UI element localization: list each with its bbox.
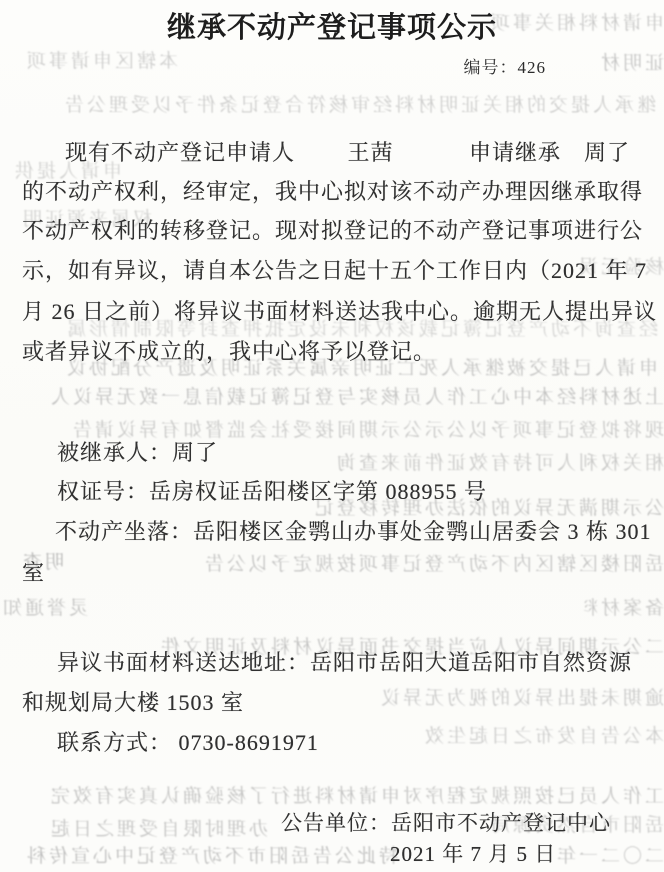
body-line-6: 或者异议不成立的，我中心将予以登记。: [22, 335, 436, 366]
document-title: 继承不动产登记事项公示: [0, 5, 664, 46]
document-number: 编号：426: [464, 53, 547, 78]
issue-date-line: 2021 年 7 月 5 日: [390, 838, 556, 868]
property-location-line: 不动产坐落：岳阳楼区金鹗山办事处金鹗山居委会 3 栋 301: [55, 515, 652, 546]
body-line-4: 示，如有异议，请自本公告之日起十五个工作日内（2021 年 7: [22, 254, 647, 285]
contact-phone-line: 联系方式： 0730-8691971: [57, 726, 319, 757]
property-location-wrap-line: 室: [22, 556, 45, 587]
certificate-number-line: 权证号：岳房权证岳阳楼区字第 088955 号: [57, 475, 487, 506]
objection-address-wrap-line: 和规划局大楼 1503 室: [22, 686, 244, 717]
decedent-line: 被继承人：周了: [57, 436, 218, 467]
body-line-3: 不动产权利的转移登记。现对拟登记的不动产登记事项进行公: [22, 214, 643, 245]
notice-document: 申请材料相关事项 本辖区申请事项 证明材 继承人提交的相关证明材料经审核符合登记…: [0, 0, 664, 872]
objection-address-line: 异议书面材料送达地址：岳阳市岳阳大道岳阳市自然资源: [57, 646, 632, 677]
body-line-2: 的不动产权利，经审定，我中心拟对该不动产办理因继承取得: [22, 175, 643, 206]
body-line-5: 月 26 日之前）将异议书面材料送达我中心。逾期无人提出异议: [22, 295, 657, 326]
issuing-unit-line: 公告单位：岳阳市不动产登记中心: [281, 807, 611, 837]
body-line-1: 现有不动产登记申请人 王茜 申请继承 周了: [22, 136, 630, 167]
notice-content: 继承不动产登记事项公示 编号：426 现有不动产登记申请人 王茜 申请继承 周了…: [0, 0, 664, 872]
